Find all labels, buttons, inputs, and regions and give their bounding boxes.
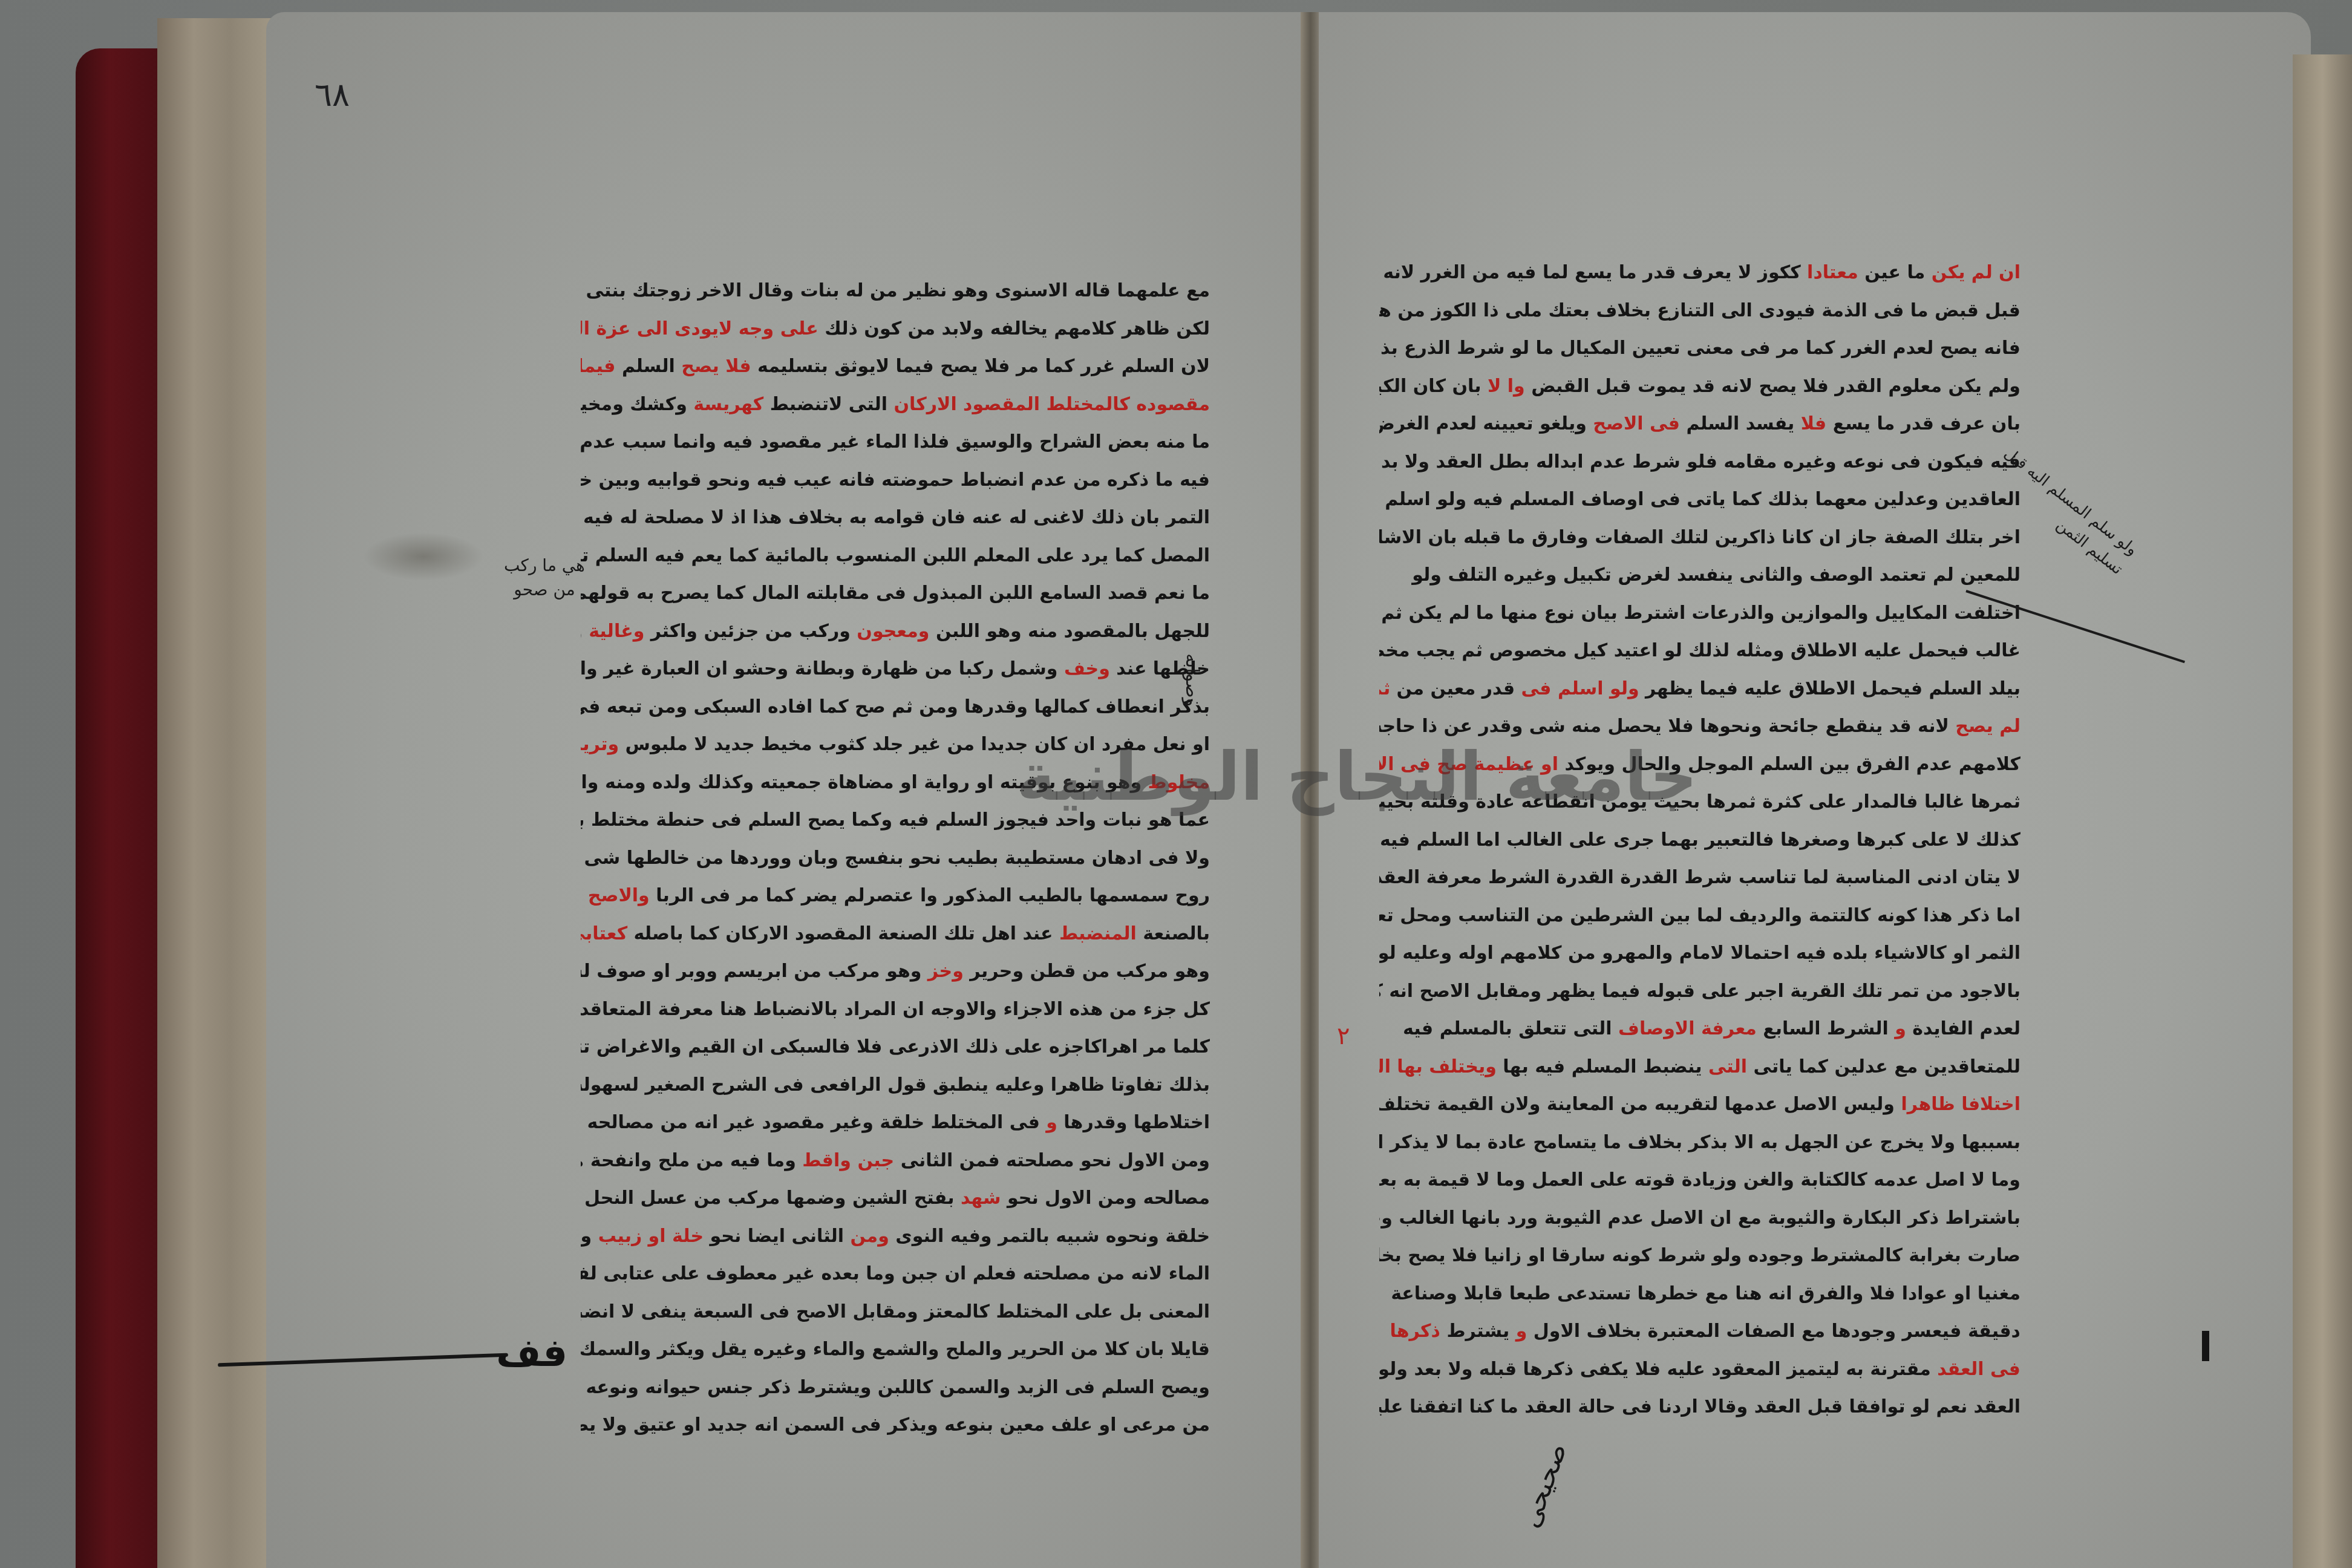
body-text: وغبر ومسك: [581, 621, 589, 642]
manuscript-line: اخر بتلك الصفة جاز ان كانا ذاكرين لتلك ا…: [1379, 519, 2020, 557]
body-text: اختلاطها وقدرها: [1057, 1112, 1210, 1133]
rubric-text: و: [1895, 1018, 1906, 1039]
body-text: ما منه بعض الشراح والوسيق فلذا الماء غير…: [581, 431, 1210, 452]
rubric-text: لم يصح: [1955, 716, 2020, 737]
rubric-text: خلة او زبيب: [598, 1226, 704, 1247]
manuscript-line: قبل قبض ما فى الذمة فيودى الى التنازع بخ…: [1379, 292, 2020, 330]
rubric-text: وخف: [1064, 658, 1110, 679]
rubric-text: فى العقد: [1937, 1359, 2020, 1380]
manuscript-line: روح سمسمها بالطيب المذكور وا عتصرلم يضر …: [581, 877, 1210, 915]
body-text: اختلفت المكاييل والموازين والذرعات اشترط…: [1381, 603, 2020, 624]
rubric-text: وخز: [928, 961, 964, 982]
body-text: من مرعى او علف معين بنوعه ويذكر فى السمن…: [581, 1414, 1210, 1436]
body-text: كذلك لا على كبرها وصغرها فالتعبير بهما ج…: [1379, 829, 2020, 851]
manuscript-line: كذلك لا على كبرها وصغرها فالتعبير بهما ج…: [1379, 822, 2020, 860]
body-text: كل جزء من هذه الاجزاء والاوجه ان المراد …: [581, 999, 1210, 1020]
body-text: الثانى ايضا نحو: [704, 1226, 851, 1247]
body-text: بان كان الكيل معتادا: [1379, 376, 1488, 397]
body-text: وكشك ومخيض فيه: [581, 394, 693, 415]
page-edges-right: [2293, 54, 2352, 1568]
rubric-text: وا لا: [1488, 376, 1525, 397]
manuscript-line: الثمر او كالاشياء بلده فيه احتمالا لامام…: [1379, 935, 2020, 973]
manuscript-line: بذكر انعطاف كمالها وقدرها ومن ثم صح كما …: [581, 688, 1210, 727]
rubric-text: فيما لا ينضبط: [581, 356, 616, 377]
rubric-text: المنضبط: [1059, 923, 1137, 944]
rubric-text: ومن: [851, 1226, 889, 1247]
manuscript-line: دقيقة فيعسر وجودها مع الصفات المعتبرة بخ…: [1379, 1313, 2020, 1351]
body-text: وركب من جزئين واكثر: [644, 621, 857, 642]
body-text: قايلا بان كلا من الحرير والملح والشمع وا…: [581, 1339, 1210, 1360]
body-text: لعدم الفايدة: [1906, 1018, 2020, 1039]
manuscript-line: المعنى بل على المختلط كالمعتز ومقابل الا…: [581, 1293, 1210, 1331]
body-text: الماء لانه من مصلحته فعلم ان جبن وما بعد…: [581, 1263, 1210, 1284]
rubric-text: معرفة الاوصاف: [1618, 1018, 1757, 1039]
body-text: وهو مركب من قطن وحرير: [964, 961, 1210, 982]
watermark-text: جامعة النجاح الوطنية: [1016, 738, 1697, 815]
body-text: اما ذكر هذا كونه كالتتمة والرديف لما بين…: [1379, 905, 2020, 926]
body-text: ولا فى ادهان مستطيبة بطيب نحو بنفسج وبان…: [581, 848, 1210, 869]
rubric-text: وترياق: [581, 734, 619, 755]
manuscript-line: غالب فيحمل عليه الاطلاق ومثله لذلك لو اع…: [1379, 632, 2020, 670]
body-text: مقترنة به ليتميز المعقود عليه فلا يكفى ذ…: [1379, 1359, 1937, 1380]
manuscript-line: وهو مركب من قطن وحرير وخز وهو مركب من اب…: [581, 953, 1210, 991]
manuscript-line: لان السلم غرر كما مر فلا يصح فيما لايوثق…: [581, 348, 1210, 386]
manuscript-line: مع علمهما قاله الاسنوى وهو نظير من له بن…: [581, 272, 1210, 310]
body-text: العاقدين وعدلين معهما بذلك كما ياتى فى ا…: [1379, 489, 2020, 510]
body-text: ينضبط المسلم فيه بها: [1497, 1056, 1708, 1077]
body-text: عند اهل تلك الصنعة المقصود الاركان كما ب…: [627, 923, 1059, 944]
left-page-text: مع علمهما قاله الاسنوى وهو نظير من له بن…: [581, 272, 1210, 1445]
rubric-text: معتادا: [1807, 262, 1858, 283]
body-text: ككوز لا يعرف قدر ما يسع لما فيه من الغرر…: [1379, 262, 1807, 283]
manuscript-line: كلما مر اهراكاجزه على ذلك الاذرعى فلا فا…: [581, 1028, 1210, 1067]
rubric-text: والاصح صحته فى المختلط: [581, 885, 650, 906]
body-text: للمتعاقدين مع عدلين كما ياتى: [1747, 1056, 2020, 1077]
manuscript-line: المصل كما يرد على المعلم اللبن المنسوب ب…: [581, 537, 1210, 575]
body-text: لكن ظاهر كلامهم يخالفه ولابد من كون ذلك: [818, 318, 1210, 339]
body-text: بذلك تفاوتا ظاهرا وعليه ينطبق قول الرافع…: [581, 1074, 1210, 1096]
manuscript-line: بيلد السلم فيحمل الاطلاق عليه فيما يظهر …: [1379, 670, 2020, 708]
body-text: دقيقة فيعسر وجودها مع الصفات المعتبرة بخ…: [1527, 1321, 2020, 1342]
body-text: التى لاتنضبط: [763, 394, 893, 415]
rubric-text: و: [1046, 1112, 1057, 1133]
manuscript-line: ولم يكن معلوم القدر فلا يصح لانه قد يموت…: [1379, 368, 2020, 406]
body-text: ويلغو تعيينه لعدم الغرض: [1379, 413, 1593, 434]
manuscript-line: ان لم يكن ما عين معتادا ككوز لا يعرف قدر…: [1379, 254, 2020, 292]
body-text: قدر معين من: [1390, 678, 1521, 699]
margin-smudge: [363, 532, 484, 581]
manuscript-line: اما ذكر هذا كونه كالتتمة والرديف لما بين…: [1379, 897, 2020, 935]
left-catchword: فف: [496, 1331, 567, 1376]
manuscript-line: بان عرف قدر ما يسع فلا يفسد السلم فى الا…: [1379, 405, 2020, 443]
body-text: فانه يصح لعدم الغرر كما مر فى معنى تعيين…: [1379, 338, 2020, 359]
body-text: للمعين لم تعتمد الوصف والثانى ينفسد لغرض…: [1412, 564, 2020, 586]
manuscript-line: فى العقد مقترنة به ليتميز المعقود عليه ف…: [1379, 1351, 2020, 1389]
rubric-text: ويختلف بها الغرض: [1379, 1056, 1497, 1077]
body-text: وشمل ركبا من ظهارة وبطانة وحشو ان العبار…: [581, 658, 1064, 679]
body-text: وما لا اصل عدمه كالكتابة والغن وزيادة قو…: [1379, 1169, 2020, 1191]
rubric-text: ومعجون: [857, 621, 929, 642]
body-text: الثمر او كالاشياء بلده فيه احتمالا لامام…: [1379, 942, 2020, 964]
body-text: المعنى بل على المختلط كالمعتز ومقابل الا…: [581, 1301, 1210, 1322]
body-text: ويصح السلم فى الزبد والسمن كاللبن ويشترط…: [581, 1377, 1210, 1398]
manuscript-line: من مرعى او علف معين بنوعه ويذكر فى السمن…: [581, 1406, 1210, 1445]
manuscript-line: اختلفت المكاييل والموازين والذرعات اشترط…: [1379, 595, 2020, 633]
body-text: مغنيا او عوادا فلا والفرق انه هنا مع خطر…: [1391, 1283, 2020, 1304]
body-text: روح سمسمها بالطيب المذكور وا عتصرلم يضر …: [650, 885, 1210, 906]
rubric-text: ذكرها: [1390, 1321, 1440, 1342]
body-text: بفتح الشين وضمها مركب من عسل النحل وشمعه: [581, 1187, 961, 1209]
manuscript-line: للجهل بالمقصود منه وهو اللبن ومعجون وركب…: [581, 613, 1210, 651]
manuscript-line: مقصوده كالمختلط المقصود الاركان التى لات…: [581, 386, 1210, 424]
manuscript-line: كل جزء من هذه الاجزاء والاوجه ان المراد …: [581, 991, 1210, 1029]
left-margin-note: هي ما ركب من صحو: [502, 554, 587, 602]
manuscript-line: فيه ما ذكره من عدم انضباط حموضته فانه عي…: [581, 462, 1210, 500]
body-text: باشتراط ذكر البكارة والثيوبة مع ان الاصل…: [1379, 1207, 2020, 1229]
body-text: لا يتان ادنى المناسبة لما تناسب شرط القد…: [1379, 867, 2020, 888]
manuscript-line: بسببها ولا يخرج عن الجهل به الا بذكر بخل…: [1379, 1124, 2020, 1162]
rubric-text: على وجه لايودى الى عزة الوجود: [581, 318, 818, 339]
body-text: بسببها ولا يخرج عن الجهل به الا بذكر بخل…: [1379, 1132, 2020, 1153]
manuscript-line: ولا فى ادهان مستطيبة بطيب نحو بنفسج وبان…: [581, 840, 1210, 878]
rubric-text: التى: [1708, 1056, 1747, 1077]
manuscript-line: لكن ظاهر كلامهم يخالفه ولابد من كون ذلك …: [581, 310, 1210, 348]
rubric-text: فى الاصح: [1593, 413, 1680, 434]
manuscript-line: العاقدين وعدلين معهما بذلك كما ياتى فى ا…: [1379, 481, 2020, 519]
body-text: يفسد السلم: [1680, 413, 1801, 434]
body-text: التمر بان ذلك لاغنى له عنه فان قوامه به …: [581, 507, 1210, 528]
body-text: لان السلم غرر كما مر فلا يصح فيما لايوثق…: [751, 356, 1210, 377]
body-text: ولا يضر: [581, 1226, 598, 1247]
manuscript-line: خلطها عند وخف وشمل ركبا من ظهارة وبطانة …: [581, 650, 1210, 688]
manuscript-line: بذلك تفاوتا ظاهرا وعليه ينطبق قول الرافع…: [581, 1067, 1210, 1105]
rubric-text: شهد: [961, 1187, 1001, 1209]
body-text: بالصنعة: [1137, 923, 1210, 944]
body-text: لانه قد ينقطع جائحة ونحوها فلا يحصل منه …: [1379, 716, 1955, 737]
body-text: وليس الاصل عدمها لتقريبه من المعاينة ولا…: [1379, 1094, 1901, 1115]
left-vertical-margin-note: وصوابه: [1180, 653, 1204, 707]
manuscript-line: ومن الاول نحو مصلحته فمن الثانى جبن واقط…: [581, 1142, 1210, 1180]
ink-mark: [2202, 1331, 2209, 1361]
folio-number: ٦٨: [315, 76, 350, 114]
rubric-text: ولو اسلم فى: [1521, 678, 1639, 699]
body-text: ما عين: [1858, 262, 1932, 283]
manuscript-line: اختلاطها وقدرها و فى المختلط خلقة وغير م…: [581, 1104, 1210, 1142]
body-text: مصالحه ومن الاول نحو: [1001, 1187, 1210, 1209]
manuscript-line: صارت بغرابة كالمشترط وجوده ولو شرط كونه …: [1379, 1237, 2020, 1275]
rubric-text: فلا: [1801, 413, 1826, 434]
manuscript-line: مصالحه ومن الاول نحو شهد بفتح الشين وضمه…: [581, 1180, 1210, 1218]
body-text: المصل كما يرد على المعلم اللبن المنسوب ب…: [581, 545, 1210, 566]
manuscript-line: للمعين لم تعتمد الوصف والثانى ينفسد لغرض…: [1379, 557, 2020, 595]
rubric-text: كعتابى: [581, 923, 627, 944]
manuscript-line: العقد نعم لو توافقا قبل العقد وقالا اردن…: [1379, 1388, 2020, 1426]
manuscript-line: فيه فيكون فى نوعه وغيره مقامه فلو شرط عد…: [1379, 443, 2020, 482]
body-text: اخر بتلك الصفة جاز ان كانا ذاكرين لتلك ا…: [1379, 527, 2020, 548]
manuscript-line: التمر بان ذلك لاغنى له عنه فان قوامه به …: [581, 499, 1210, 537]
manuscript-line: بالاجود من تمر تلك القرية اجبر على قبوله…: [1379, 973, 2020, 1011]
manuscript-line: ما منه بعض الشراح والوسيق فلذا الماء غير…: [581, 423, 1210, 462]
manuscript-line: ما نعم قصد السامع اللبن المبذول فى مقابل…: [581, 575, 1210, 613]
body-text: وما فيه من ملح وانفحة من: [581, 1150, 802, 1171]
book-cover-spine: [76, 48, 160, 1568]
manuscript-line: باشتراط ذكر البكارة والثيوبة مع ان الاصل…: [1379, 1200, 2020, 1238]
body-text: وهو مركب من ابريسم ووبر او صوف لسهولة ضب…: [581, 961, 928, 982]
body-text: بالاجود من تمر تلك القرية اجبر على قبوله…: [1379, 981, 2020, 1002]
body-text: ما نعم قصد السامع اللبن المبذول فى مقابل…: [581, 583, 1210, 604]
manuscript-line: وما لا اصل عدمه كالكتابة والغن وزيادة قو…: [1379, 1161, 2020, 1200]
manuscript-line: فانه يصح لعدم الغرر كما مر فى معنى تعيين…: [1379, 330, 2020, 368]
body-text: الشرط السابع: [1757, 1018, 1895, 1039]
rubric-text: وغالية: [589, 621, 644, 642]
body-text: بذكر انعطاف كمالها وقدرها ومن ثم صح كما …: [581, 696, 1210, 717]
rubric-text: جبن واقط: [802, 1150, 894, 1171]
body-text: غالب فيحمل عليه الاطلاق ومثله لذلك لو اع…: [1379, 640, 2020, 661]
body-text: السلم: [616, 356, 682, 377]
rubric-text: و: [1516, 1321, 1527, 1342]
rubric-text: كهريسة: [693, 394, 763, 415]
manuscript-line: بالصنعة المنضبط عند اهل تلك الصنعة المقص…: [581, 915, 1210, 953]
manuscript-line: مغنيا او عوادا فلا والفرق انه هنا مع خطر…: [1379, 1275, 2020, 1313]
body-text: صارت بغرابة كالمشترط وجوده ولو شرط كونه …: [1379, 1245, 2020, 1266]
body-text: خلقة ونحوه شبيه بالتمر وفيه النوى: [889, 1226, 1210, 1247]
body-text: ولم يكن معلوم القدر فلا يصح لانه قد يموت…: [1525, 376, 2020, 397]
body-text: قبل قبض ما فى الذمة فيودى الى التنازع بخ…: [1379, 300, 2020, 321]
body-text: ومن الاول نحو مصلحته فمن الثانى: [894, 1150, 1210, 1171]
rubric-text: اختلافا ظاهرا: [1901, 1094, 2020, 1115]
red-margin-mark: ٢: [1337, 1022, 1350, 1050]
body-text: كلما مر اهراكاجزه على ذلك الاذرعى فلا فا…: [581, 1036, 1210, 1057]
right-page-text: ان لم يكن ما عين معتادا ككوز لا يعرف قدر…: [1379, 254, 2020, 1426]
manuscript-line: الماء لانه من مصلحته فعلم ان جبن وما بعد…: [581, 1255, 1210, 1293]
body-text: مع علمهما قاله الاسنوى وهو نظير من له بن…: [581, 280, 1210, 301]
body-text: يشترط: [1440, 1321, 1516, 1342]
rubric-text: ان لم يكن: [1932, 262, 2020, 283]
manuscript-line: خلقة ونحوه شبيه بالتمر وفيه النوى ومن ال…: [581, 1218, 1210, 1256]
page-edges-left: [157, 18, 278, 1568]
rubric-text: مقصوده كالمختلط المقصود الاركان: [893, 394, 1210, 415]
manuscript-line: لعدم الفايدة و الشرط السابع معرفة الاوصا…: [1379, 1010, 2020, 1048]
body-text: العقد نعم لو توافقا قبل العقد وقالا اردن…: [1379, 1396, 2020, 1417]
manuscript-line: ويصح السلم فى الزبد والسمن كاللبن ويشترط…: [581, 1369, 1210, 1407]
body-text: بيلد السلم فيحمل الاطلاق عليه فيما يظهر: [1639, 678, 2020, 699]
manuscript-line: قايلا بان كلا من الحرير والملح والشمع وا…: [581, 1331, 1210, 1369]
body-text: فى المختلط خلقة وغير مقصود غير انه من مص…: [587, 1112, 1047, 1133]
body-text: للجهل بالمقصود منه وهو اللبن: [929, 621, 1210, 642]
manuscript-line: اختلافا ظاهرا وليس الاصل عدمها لتقريبه م…: [1379, 1086, 2020, 1124]
rubric-text: ثمر قرية صغيرة: [1379, 678, 1390, 699]
body-text: فيه ما ذكره من عدم انضباط حموضته فانه عي…: [581, 469, 1210, 491]
body-text: فيه فيكون فى نوعه وغيره مقامه فلو شرط عد…: [1379, 451, 2020, 472]
manuscript-line: لا يتان ادنى المناسبة لما تناسب شرط القد…: [1379, 859, 2020, 897]
manuscript-line: للمتعاقدين مع عدلين كما ياتى التى ينضبط …: [1379, 1048, 2020, 1086]
rubric-text: فلا يصح: [681, 356, 751, 377]
body-text: التى تتعلق بالمسلم فيه: [1403, 1018, 1618, 1039]
